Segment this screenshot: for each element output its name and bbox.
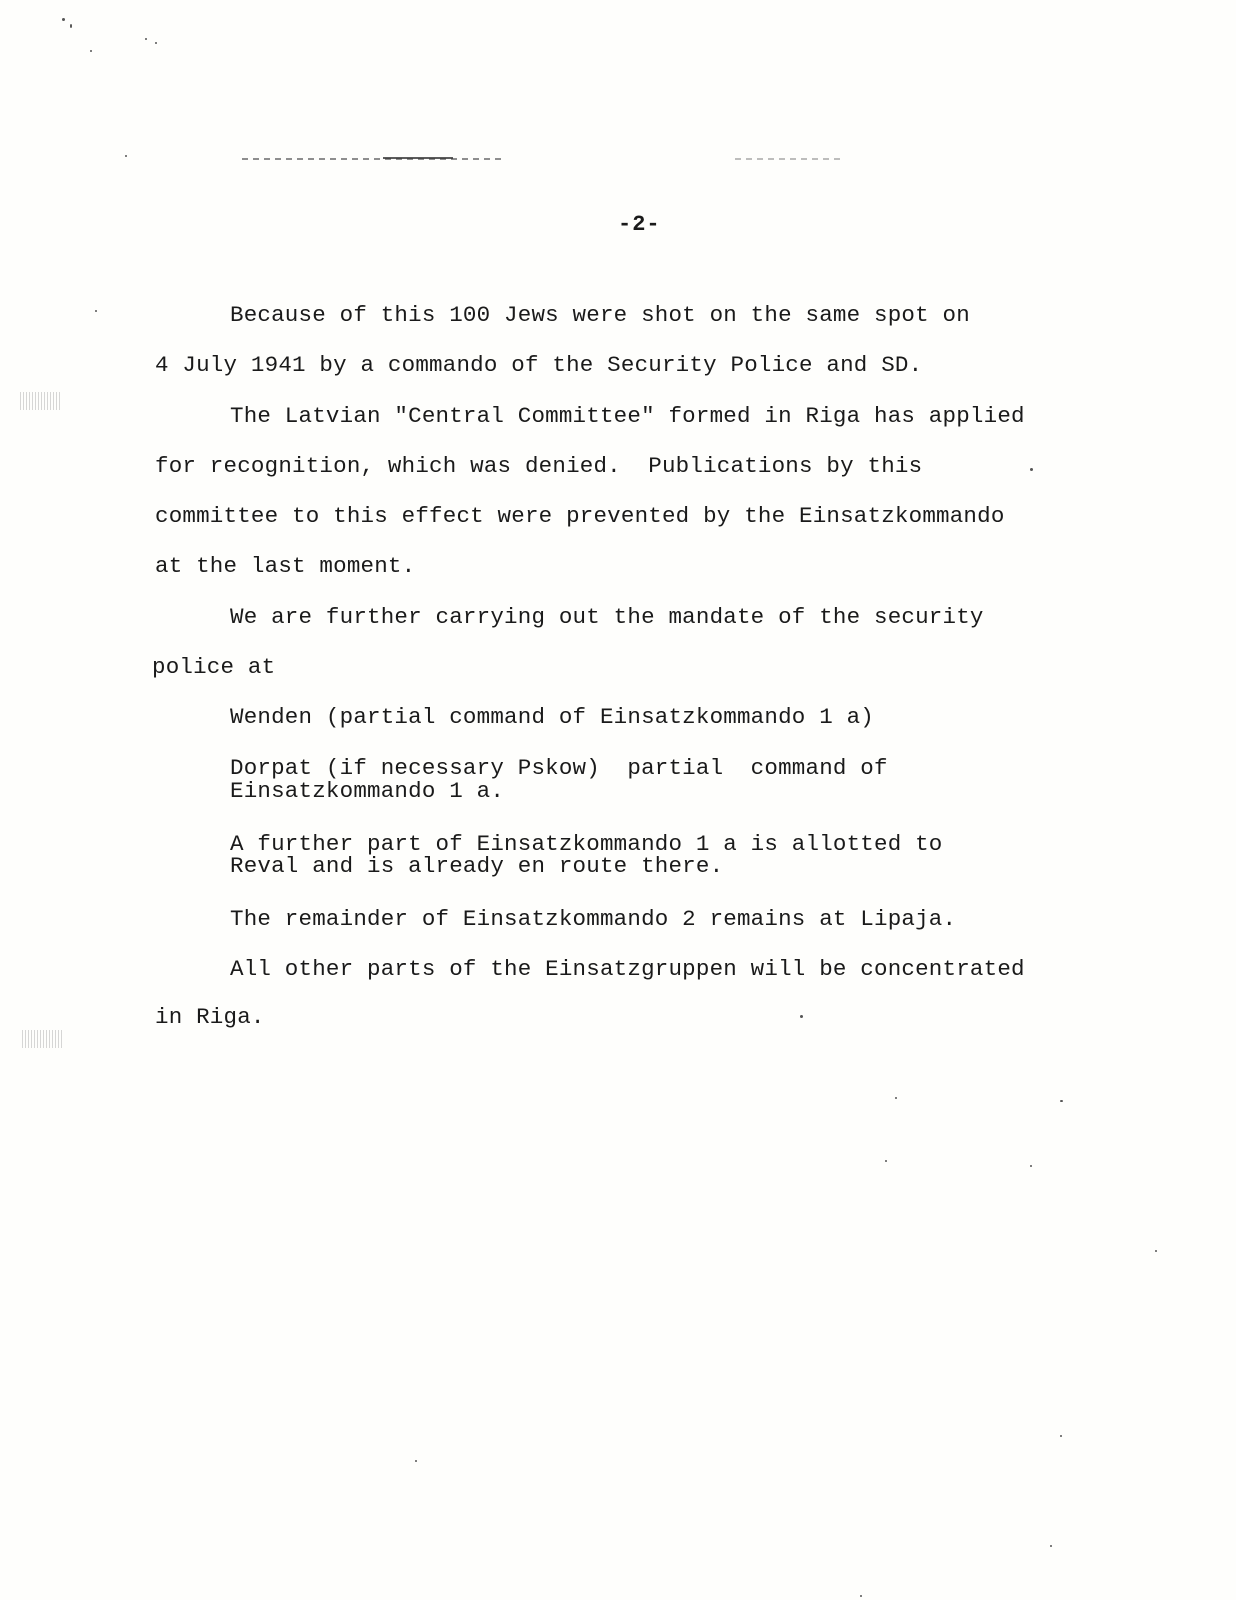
page-number: -2- <box>618 212 661 237</box>
scan-speck <box>1060 1100 1063 1102</box>
scan-speck <box>1050 1545 1052 1547</box>
paragraph-riga-line-1: All other parts of the Einsatzgruppen wi… <box>230 956 1025 982</box>
header-rule-fragment <box>735 158 845 160</box>
paragraph-3-line-2: police at <box>152 654 275 680</box>
paragraph-2-line-2: for recognition, which was denied. Publi… <box>155 453 922 479</box>
scan-speck <box>1060 1435 1062 1437</box>
paragraph-3-line-1: We are further carrying out the mandate … <box>230 604 984 630</box>
paragraph-2-line-4: at the last moment. <box>155 553 415 579</box>
scan-speck <box>90 50 92 52</box>
scan-speck <box>95 310 97 312</box>
header-rule-fragment <box>383 157 453 159</box>
scan-speck <box>125 155 127 157</box>
location-wenden: Wenden (partial command of Einsatzkomman… <box>230 704 874 730</box>
paragraph-1-line-1: Because of this 100 Jews were shot on th… <box>230 302 970 328</box>
scan-speck <box>1155 1250 1157 1252</box>
paragraph-1-line-2: 4 July 1941 by a commando of the Securit… <box>155 352 922 378</box>
location-dorpat-line-2: Einsatzkommando 1 a. <box>230 778 504 804</box>
scan-speck <box>895 1097 897 1099</box>
paragraph-2-line-3: committee to this effect were prevented … <box>155 503 1005 529</box>
header-rule-fragment <box>242 158 502 160</box>
paragraph-riga-line-2: in Riga. <box>155 1004 265 1030</box>
scan-speck <box>1030 468 1033 471</box>
document-page: -2- Because of this 100 Jews were shot o… <box>0 0 1236 1600</box>
scan-speck <box>62 18 65 21</box>
scan-speck <box>145 38 147 40</box>
scan-mark <box>22 1030 62 1048</box>
paragraph-2-line-1: The Latvian "Central Committee" formed i… <box>230 403 1025 429</box>
scan-speck <box>155 42 157 44</box>
scan-speck <box>800 1015 803 1018</box>
location-lipaja: The remainder of Einsatzkommando 2 remai… <box>230 906 956 932</box>
scan-speck <box>860 1595 862 1597</box>
scan-speck <box>70 24 72 28</box>
scan-mark <box>20 392 60 410</box>
scan-speck <box>415 1460 417 1462</box>
scan-speck <box>1030 1165 1032 1167</box>
location-reval-line-2: Reval and is already en route there. <box>230 853 723 879</box>
scan-speck <box>885 1160 887 1162</box>
